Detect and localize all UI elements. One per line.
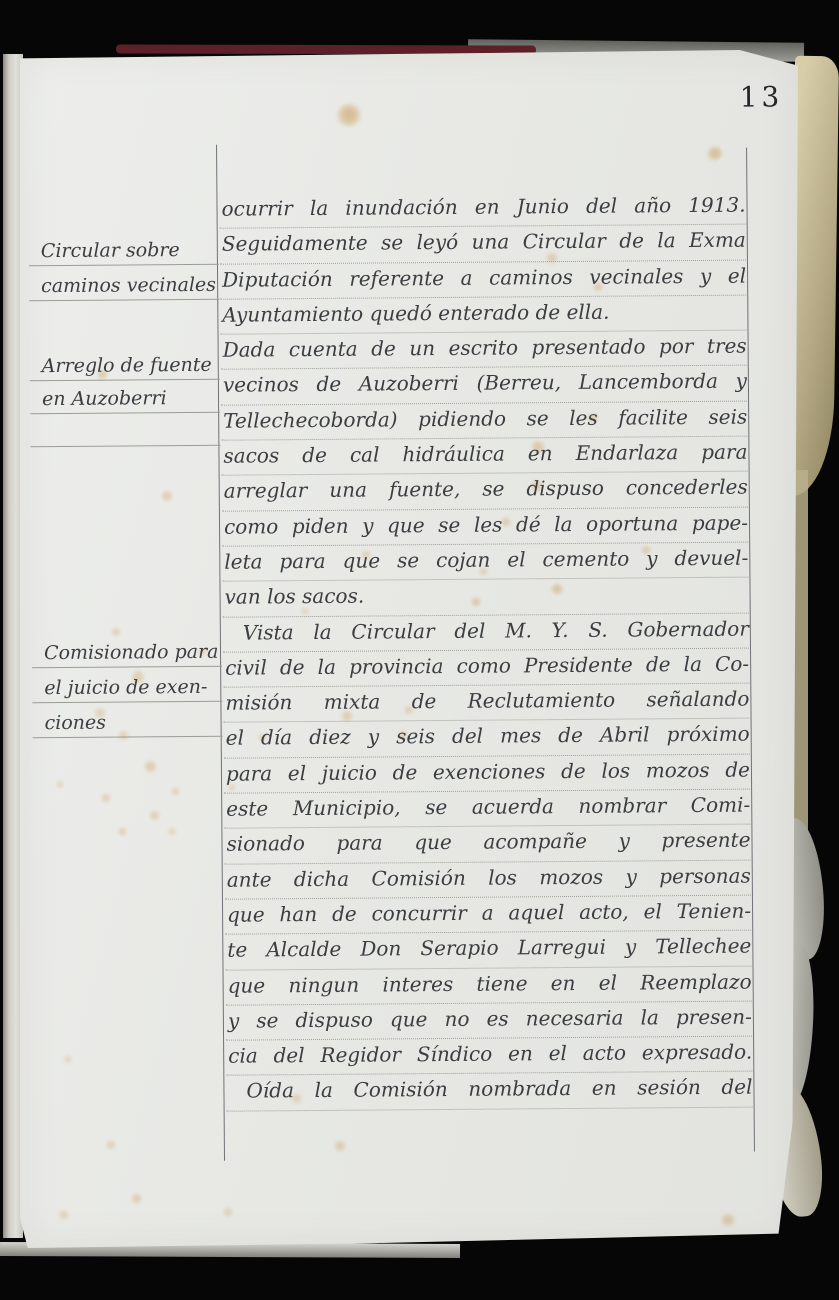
manuscript-line: que ningun interes tiene en el Reemplazo xyxy=(226,966,752,1005)
manuscript-line: van los sacos. xyxy=(222,578,748,617)
margin-note-line: Arreglo de fuente xyxy=(30,347,220,381)
manuscript-text: ocurrir la inundación en Junio del año 1… xyxy=(219,190,752,1112)
page-number: 13 xyxy=(740,83,784,111)
manuscript-line: cia del Regidor Síndico en el acto expre… xyxy=(226,1037,752,1076)
margin-note-line: Circular sobre xyxy=(29,230,219,266)
manuscript-line: como piden y que se les dé la oportuna p… xyxy=(222,507,748,546)
manuscript-line: vecinos de Auzoberri (Berreu, Lancembord… xyxy=(221,366,747,405)
manuscript-line: Dada cuenta de un escrito presentado por… xyxy=(221,331,747,370)
manuscript-line: civil de la provincia como Presidente de… xyxy=(223,648,749,687)
manuscript-line: sionado para que acompañe y presente xyxy=(224,825,750,864)
manuscript-line: ante dicha Comisión los mozos y personas xyxy=(225,860,751,899)
margin-note-line: caminos vecinales xyxy=(29,265,219,301)
manuscript-line: te Alcalde Don Serapio Larregui y Tellec… xyxy=(225,931,751,970)
manuscript-page: 13 Circular sobrecaminos vecinales Arreg… xyxy=(20,50,798,1248)
margin-note-line: en Auzoberri xyxy=(30,380,220,414)
manuscript-line: misión mixta de Reclutamiento señalando xyxy=(223,684,749,723)
margin-note-arreglo-fuente: Arreglo de fuenteen Auzoberri xyxy=(30,347,221,447)
book-cover-edge xyxy=(116,44,536,54)
book-scan: 13 Circular sobrecaminos vecinales Arreg… xyxy=(0,0,839,1300)
manuscript-line: Diputación referente a caminos vecinales… xyxy=(220,260,746,299)
margin-note-line xyxy=(30,413,220,447)
manuscript-line: Tellechecoborda) pidiendo se les facilit… xyxy=(221,401,747,440)
manuscript-line: leta para que se cojan el cemento y devu… xyxy=(222,543,748,582)
manuscript-line: que han de concurrir a aquel acto, el Te… xyxy=(225,896,751,935)
manuscript-line: ocurrir la inundación en Junio del año 1… xyxy=(219,190,745,229)
manuscript-line: y se dispuso que no es necesaria la pres… xyxy=(226,1001,752,1040)
manuscript-line: Ayuntamiento quedó enterado de ella. xyxy=(220,295,746,334)
margin-note-circular-caminos: Circular sobrecaminos vecinales xyxy=(29,230,220,301)
page-content: 13 Circular sobrecaminos vecinales Arreg… xyxy=(19,47,806,1251)
margin-note-comisionado-exenciones: Comisionado parael juicio de exen-ciones xyxy=(32,632,223,738)
manuscript-line: Vista la Circular del M. Y. S. Gobernado… xyxy=(223,613,749,652)
margin-note-line: el juicio de exen- xyxy=(32,667,222,703)
margin-note-line: Comisionado para xyxy=(32,632,222,668)
manuscript-line: Oída la Comisión nombrada en sesión del xyxy=(226,1072,752,1111)
manuscript-line: Seguidamente se leyó una Circular de la … xyxy=(220,225,746,264)
manuscript-line: el día diez y seis del mes de Abril próx… xyxy=(224,719,750,758)
manuscript-line: arreglar una fuente, se dispuso conceder… xyxy=(222,472,748,511)
margin-note-line: ciones xyxy=(32,702,222,738)
manuscript-line: para el juicio de exenciones de los mozo… xyxy=(224,754,750,793)
manuscript-line: este Municipio, se acuerda nombrar Comi- xyxy=(224,790,750,829)
manuscript-line: sacos de cal hidráulica en Endarlaza par… xyxy=(221,437,747,476)
